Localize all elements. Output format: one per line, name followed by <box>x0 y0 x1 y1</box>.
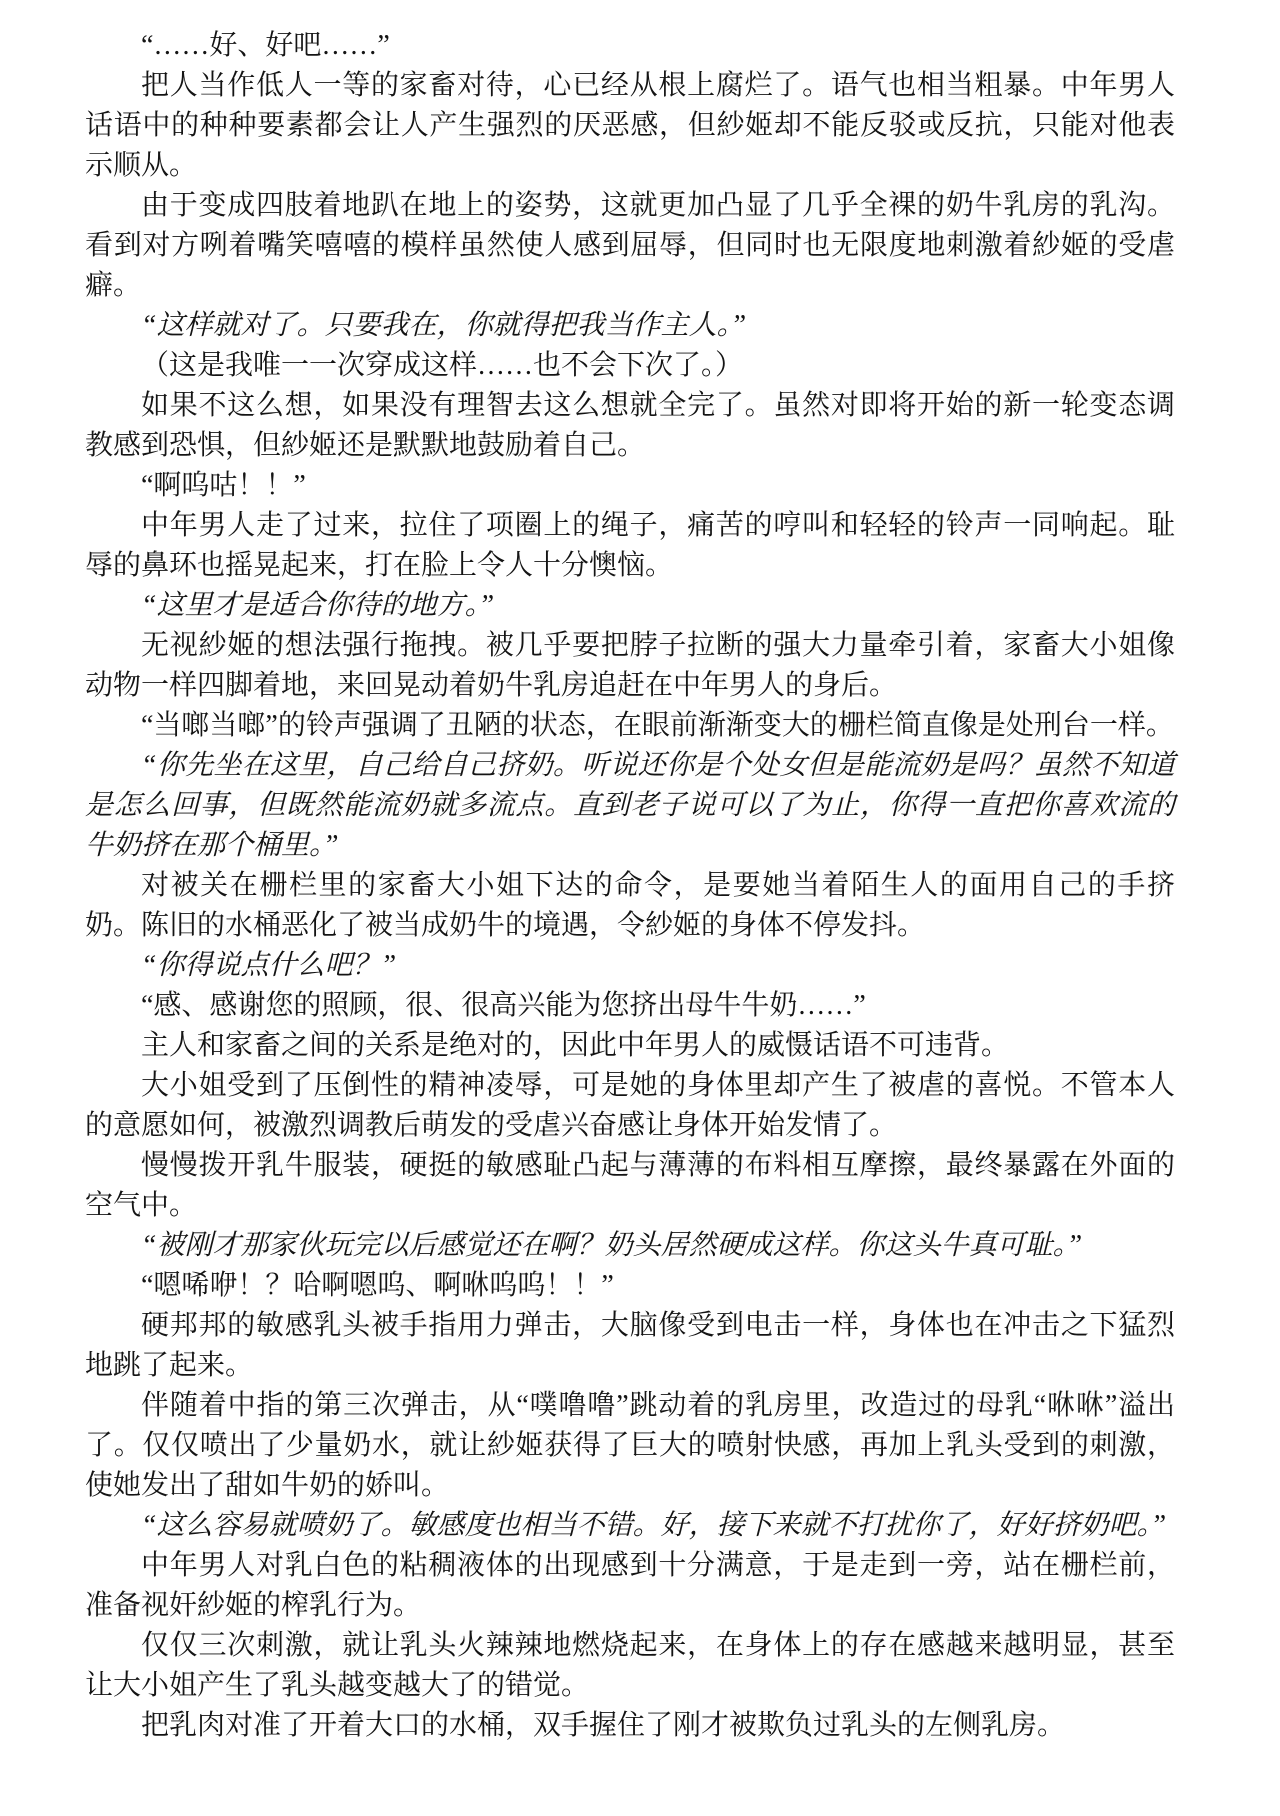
paragraph: “你先坐在这里，自己给自己挤奶。听说还你是个处女但是能流奶是吗？虽然不知道是怎么… <box>85 746 1175 866</box>
paragraph: “啊呜咕！！” <box>85 466 1175 506</box>
paragraph: “你得说点什么吧？” <box>85 946 1175 986</box>
paragraph: “这里才是适合你待的地方。” <box>85 586 1175 626</box>
paragraph: “……好、好吧……” <box>85 26 1175 66</box>
paragraph: （这是我唯一一次穿成这样……也不会下次了。） <box>85 346 1175 386</box>
paragraph: “当啷当啷”的铃声强调了丑陋的状态，在眼前渐渐变大的栅栏简直像是处刑台一样。 <box>85 706 1175 746</box>
paragraph: 中年男人走了过来，拉住了项圈上的绳子，痛苦的哼叫和轻轻的铃声一同响起。耻辱的鼻环… <box>85 506 1175 586</box>
paragraph: 伴随着中指的第三次弹击，从“噗噜噜”跳动着的乳房里，改造过的母乳“咻咻”溢出了。… <box>85 1386 1175 1506</box>
paragraph: 主人和家畜之间的关系是绝对的，因此中年男人的威慑话语不可违背。 <box>85 1026 1175 1066</box>
paragraph: 硬邦邦的敏感乳头被手指用力弹击，大脑像受到电击一样，身体也在冲击之下猛烈地跳了起… <box>85 1306 1175 1386</box>
paragraph: “嗯唏咿！？哈啊嗯呜、啊咻呜呜！！” <box>85 1266 1175 1306</box>
paragraph: “感、感谢您的照顾，很、很高兴能为您挤出母牛牛奶……” <box>85 986 1175 1026</box>
paragraph: 把乳肉对准了开着大口的水桶，双手握住了刚才被欺负过乳头的左侧乳房。 <box>85 1706 1175 1746</box>
text-column: “……好、好吧……”把人当作低人一等的家畜对待，心已经从根上腐烂了。语气也相当粗… <box>85 26 1175 1746</box>
paragraph: 如果不这么想，如果没有理智去这么想就全完了。虽然对即将开始的新一轮变态调教感到恐… <box>85 386 1175 466</box>
paragraph: 慢慢拨开乳牛服装，硬挺的敏感耻凸起与薄薄的布料相互摩擦，最终暴露在外面的空气中。 <box>85 1146 1175 1226</box>
document-page: “……好、好吧……”把人当作低人一等的家畜对待，心已经从根上腐烂了。语气也相当粗… <box>0 0 1280 1816</box>
paragraph: 对被关在栅栏里的家畜大小姐下达的命令，是要她当着陌生人的面用自己的手挤奶。陈旧的… <box>85 866 1175 946</box>
paragraph: 把人当作低人一等的家畜对待，心已经从根上腐烂了。语气也相当粗暴。中年男人话语中的… <box>85 66 1175 186</box>
paragraph: “被刚才那家伙玩完以后感觉还在啊？奶头居然硬成这样。你这头牛真可耻。” <box>85 1226 1175 1266</box>
paragraph: 由于变成四肢着地趴在地上的姿势，这就更加凸显了几乎全裸的奶牛乳房的乳沟。看到对方… <box>85 186 1175 306</box>
paragraph: 仅仅三次刺激，就让乳头火辣辣地燃烧起来，在身体上的存在感越来越明显，甚至让大小姐… <box>85 1626 1175 1706</box>
paragraph: 中年男人对乳白色的粘稠液体的出现感到十分满意，于是走到一旁，站在栅栏前，准备视奸… <box>85 1546 1175 1626</box>
paragraph: 大小姐受到了压倒性的精神凌辱，可是她的身体里却产生了被虐的喜悦。不管本人的意愿如… <box>85 1066 1175 1146</box>
paragraph: “这样就对了。只要我在，你就得把我当作主人。” <box>85 306 1175 346</box>
paragraph: “这么容易就喷奶了。敏感度也相当不错。好，接下来就不打扰你了，好好挤奶吧。” <box>85 1506 1175 1546</box>
paragraph: 无视紗姬的想法强行拖拽。被几乎要把脖子拉断的强大力量牵引着，家畜大小姐像动物一样… <box>85 626 1175 706</box>
